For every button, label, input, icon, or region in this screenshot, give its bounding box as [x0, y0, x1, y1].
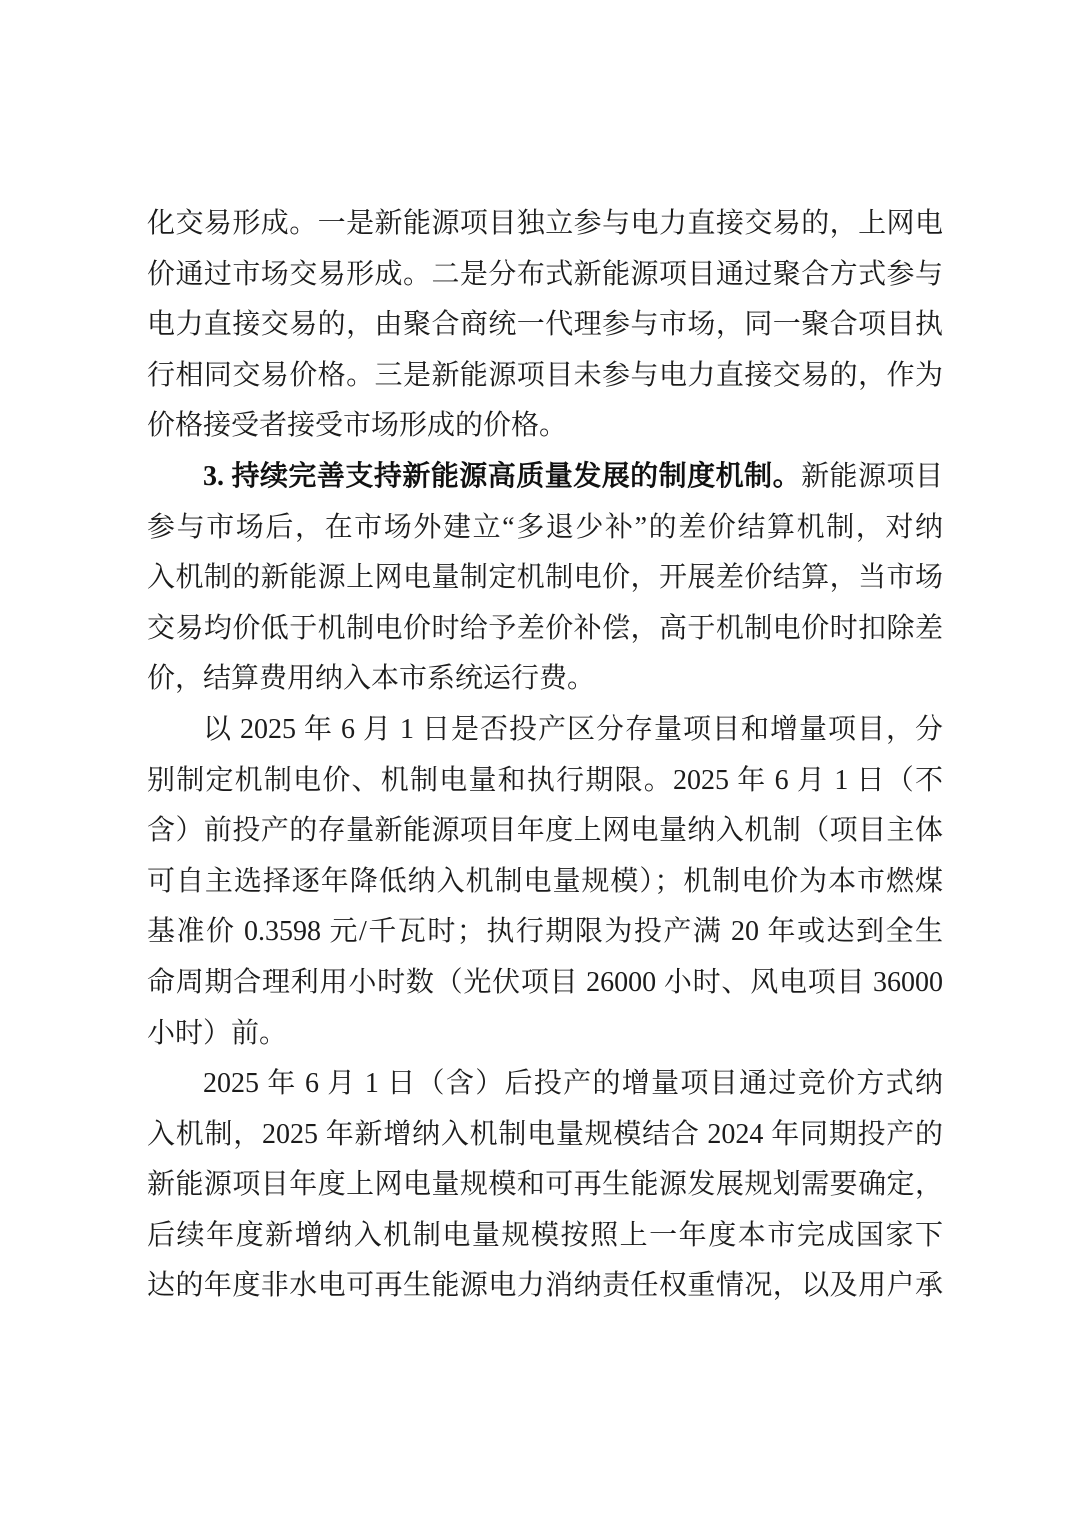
text-line: 后续年度新增纳入机制电量规模按照上一年度本市完成国家下 [147, 1211, 943, 1262]
text-line: 小时）前。 [147, 1009, 943, 1060]
text-line: 价通过市场交易形成。二是分布式新能源项目通过聚合方式参与 [147, 250, 943, 301]
text-line: 别制定机制电价、机制电量和执行期限。2025 年 6 月 1 日（不 [147, 756, 943, 807]
text-line: 基准价 0.3598 元/千瓦时；执行期限为投产满 20 年或达到全生 [147, 907, 943, 958]
text-line: 化交易形成。一是新能源项目独立参与电力直接交易的，上网电 [147, 199, 943, 250]
text-line: 价，结算费用纳入本市系统运行费。 [147, 654, 943, 705]
document-body: 化交易形成。一是新能源项目独立参与电力直接交易的，上网电 价通过市场交易形成。二… [147, 199, 943, 1312]
section-heading-line: 3. 持续完善支持新能源高质量发展的制度机制。新能源项目 [147, 452, 943, 503]
text-line: 电力直接交易的，由聚合商统一代理参与市场，同一聚合项目执 [147, 300, 943, 351]
text-line: 入机制，2025 年新增纳入机制电量规模结合 2024 年同期投产的 [147, 1110, 943, 1161]
text-line: 入机制的新能源上网电量制定机制电价，开展差价结算，当市场 [147, 553, 943, 604]
text-line: 以 2025 年 6 月 1 日是否投产区分存量项目和增量项目，分 [147, 705, 943, 756]
text-line: 命周期合理利用小时数（光伏项目 26000 小时、风电项目 36000 [147, 958, 943, 1009]
section-heading-rest-text: 新能源项目 [801, 461, 943, 492]
text-line: 价格接受者接受市场形成的价格。 [147, 401, 943, 452]
text-line: 新能源项目年度上网电量规模和可再生能源发展规划需要确定， [147, 1160, 943, 1211]
text-line: 可自主选择逐年降低纳入机制电量规模）；机制电价为本市燃煤 [147, 857, 943, 908]
text-line: 含）前投产的存量新能源项目年度上网电量纳入机制（项目主体 [147, 806, 943, 857]
text-line: 交易均价低于机制电价时给予差价补偿，高于机制电价时扣除差 [147, 604, 943, 655]
document-page: 化交易形成。一是新能源项目独立参与电力直接交易的，上网电 价通过市场交易形成。二… [0, 0, 1080, 1527]
text-line: 行相同交易价格。三是新能源项目未参与电力直接交易的，作为 [147, 351, 943, 402]
text-line: 达的年度非水电可再生能源电力消纳责任权重情况，以及用户承 [147, 1261, 943, 1312]
text-line: 2025 年 6 月 1 日（含）后投产的增量项目通过竞价方式纳 [147, 1059, 943, 1110]
text-line: 参与市场后，在市场外建立“多退少补”的差价结算机制，对纳 [147, 503, 943, 554]
section-heading-bold-text: 3. 持续完善支持新能源高质量发展的制度机制。 [203, 461, 801, 492]
